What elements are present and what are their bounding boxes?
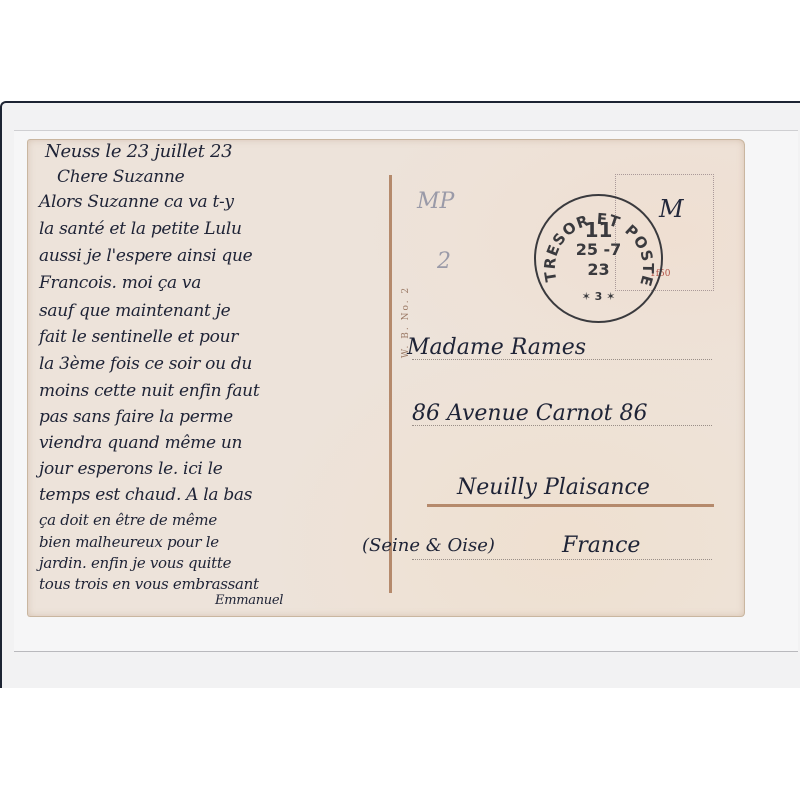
address-country: France: [562, 533, 640, 558]
message-line: fait le sentinelle et pour: [39, 327, 238, 347]
message-line: temps est chaud. A la bas: [39, 485, 252, 505]
postmark: TRESOR ET POSTES 11 25 -7 23 ✶ 3 ✶: [534, 194, 663, 323]
address-street: 86 Avenue Carnot 86: [412, 401, 648, 426]
message-line: pas sans faire la perme: [39, 407, 233, 427]
center-divider: [389, 175, 392, 593]
message-line: Chere Suzanne: [57, 167, 184, 187]
postcard-back: Neuss le 23 juillet 23 Chere Suzanne Alo…: [27, 139, 745, 617]
message-line: jour esperons le. ici le: [39, 459, 223, 479]
postmark-year: 23: [536, 260, 661, 279]
message-dateline: Neuss le 23 juillet 23: [45, 141, 232, 162]
address-rule: [412, 559, 712, 560]
message-line: Francois. moi ça va: [39, 273, 201, 293]
message-line: tous trois en vous embrassant: [39, 575, 259, 593]
postmark-time: 11: [536, 218, 661, 242]
pencil-mark: 2: [437, 249, 451, 274]
message-line: la 3ème fois ce soir ou du: [39, 354, 252, 374]
message-line: Alors Suzanne ca va t-y: [39, 192, 234, 212]
postmark-office: ✶ 3 ✶: [536, 290, 661, 303]
message-line: sauf que maintenant je: [39, 301, 230, 321]
message-line: viendra quand même un: [39, 433, 242, 453]
message-line: bien malheureux pour le: [39, 533, 219, 551]
message-line: jardin. enfin je vous quitte: [39, 554, 231, 572]
address-department: (Seine & Oise): [362, 535, 495, 556]
signature: Emmanuel: [215, 593, 283, 608]
address-recipient: Madame Rames: [407, 335, 586, 360]
message-line: aussi je l'espere ainsi que: [39, 246, 252, 266]
pencil-mark: MP: [417, 189, 454, 214]
ink-initial: M: [659, 195, 684, 223]
address-rule-solid: [427, 504, 714, 507]
message-line: ça doit en être de même: [39, 511, 217, 529]
postmark-date: 25 -7: [536, 240, 661, 259]
message-line: moins cette nuit enfin faut: [39, 381, 259, 401]
message-line: la santé et la petite Lulu: [39, 219, 242, 239]
address-city: Neuilly Plaisance: [457, 475, 650, 500]
